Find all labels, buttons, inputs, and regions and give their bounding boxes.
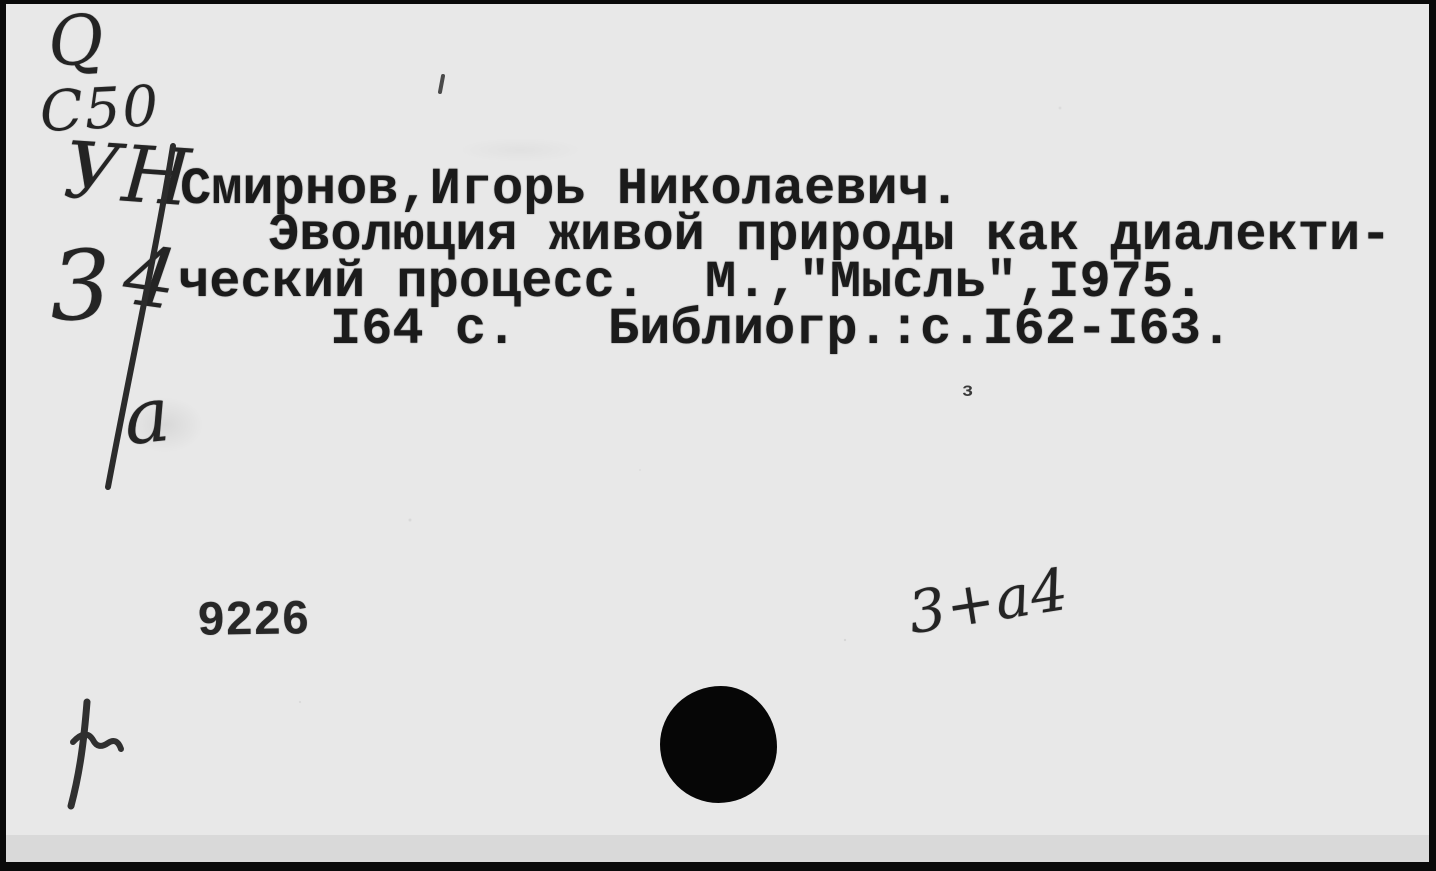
bottom-left-pen-mark-arm xyxy=(73,734,121,749)
catalog-card-scan: Q C50 УН 3 4 а Смирнов,Игорь Николаевич.… xyxy=(0,0,1436,871)
handwritten-suffix-letter: а xyxy=(120,376,173,456)
accession-number-stamp: 9226 xyxy=(198,593,311,642)
scan-edge-left xyxy=(0,0,6,871)
bibliography-note: Библиогр.:с.I62-I63. xyxy=(608,304,1232,356)
stray-typed-mark: з xyxy=(962,380,973,402)
handwritten-shelf-code: УН xyxy=(61,132,195,219)
handwritten-fraction-numerator: 3 xyxy=(48,237,112,335)
small-tick-mark xyxy=(440,76,443,92)
handwritten-section-letter: Q xyxy=(45,6,106,79)
card-bottom-shadow-band xyxy=(6,835,1429,862)
card-surface: Q C50 УН 3 4 а Смирнов,Игорь Николаевич.… xyxy=(0,0,1436,871)
scan-edge-top xyxy=(0,0,1436,4)
scan-edge-right xyxy=(1429,0,1436,871)
scan-edge-bottom xyxy=(0,862,1436,871)
handwritten-note: 3+а4 xyxy=(904,560,1072,642)
pagination: I64 с. xyxy=(330,304,517,356)
handwritten-fraction-denominator: 4 xyxy=(119,235,182,323)
punch-hole-icon xyxy=(660,686,777,803)
bottom-left-pen-mark-stem xyxy=(71,702,87,806)
